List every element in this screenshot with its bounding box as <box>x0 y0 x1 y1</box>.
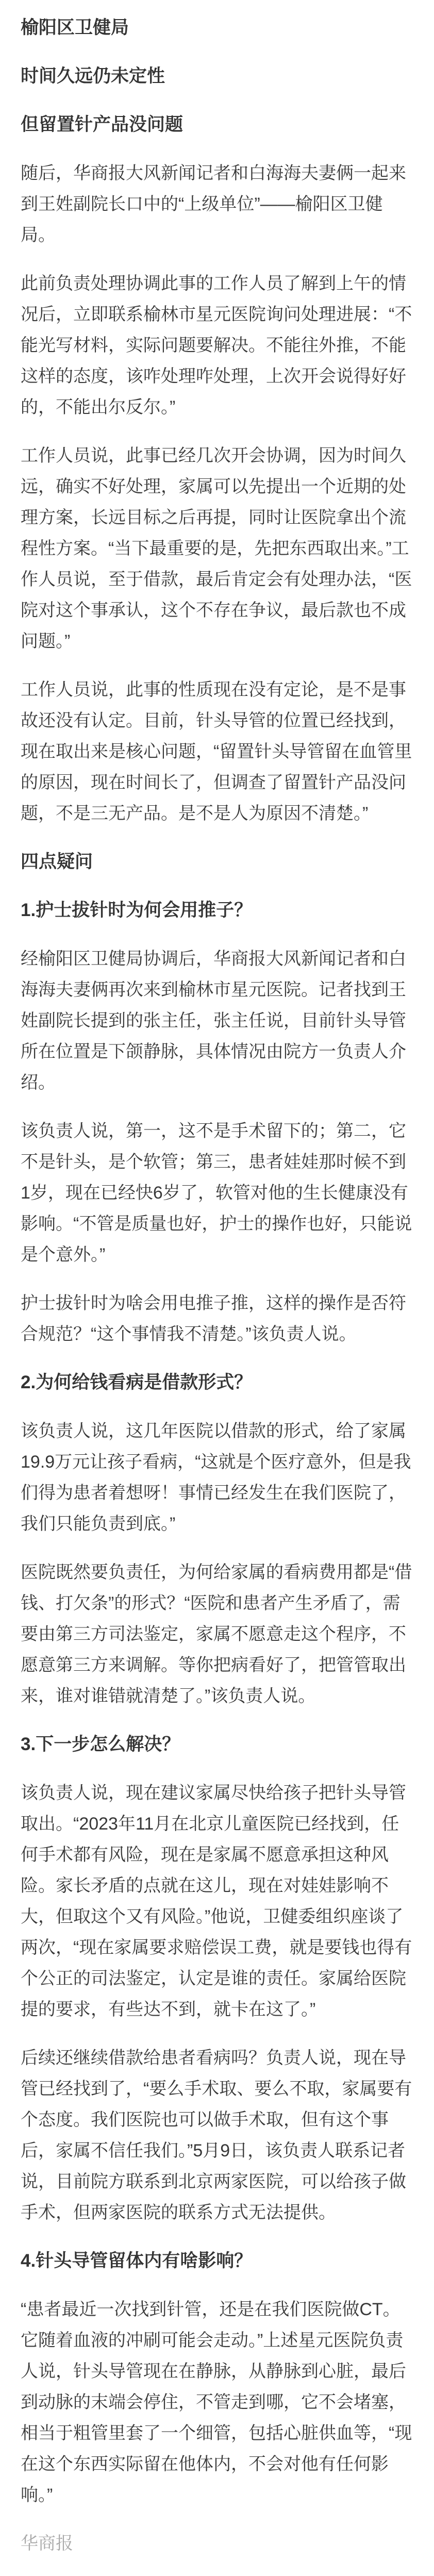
article-paragraph: 护士拔针时为啥会用电推子推，这样的操作是否符合规范？“这个事情我不清楚。”该负责… <box>21 1288 413 1350</box>
article-paragraph: 该负责人说，这几年医院以借款的形式，给了家属19.9万元让孩子看病，“这就是个医… <box>21 1416 413 1539</box>
section-heading: 1.护士拔针时为何会用推子？ <box>21 895 413 926</box>
section-heading: 但留置针产品没问题 <box>21 109 413 140</box>
article-body: 榆阳区卫健局时间久远仍未定性但留置针产品没问题随后，华商报大风新闻记者和白海海夫… <box>21 12 413 2559</box>
source-attribution: 华商报 <box>21 2528 413 2559</box>
article-paragraph: 工作人员说，此事已经几次开会协调，因为时间久远，确实不好处理，家属可以先提出一个… <box>21 440 413 657</box>
article-paragraph: 此前负责处理协调此事的工作人员了解到上午的情况后，立即联系榆林市星元医院询问处理… <box>21 268 413 423</box>
section-heading: 四点疑问 <box>21 846 413 877</box>
section-heading: 2.为何给钱看病是借款形式？ <box>21 1367 413 1398</box>
article-paragraph: 经榆阳区卫健局协调后，华商报大风新闻记者和白海海夫妻俩再次来到榆林市星元医院。记… <box>21 943 413 1098</box>
article-paragraph: 后续还继续借款给患者看病吗？负责人说，现在导管已经找到了，“要么手术取、要么不取… <box>21 2042 413 2228</box>
section-heading: 3.下一步怎么解决？ <box>21 1729 413 1760</box>
article-paragraph: 工作人员说，此事的性质现在没有定论，是不是事故还没有认定。目前，针头导管的位置已… <box>21 674 413 829</box>
article-paragraph: 该负责人说，第一，这不是手术留下的；第二，它不是针头，是个软管；第三，患者娃娃那… <box>21 1116 413 1270</box>
section-heading: 4.针头导管留体内有啥影响？ <box>21 2246 413 2276</box>
article-paragraph: 随后，华商报大风新闻记者和白海海夫妻俩一起来到王姓副院长口中的“上级单位”——榆… <box>21 158 413 251</box>
article-paragraph: 医院既然要负责任，为何给家属的看病费用都是“借钱、打欠条”的形式？“医院和患者产… <box>21 1557 413 1711</box>
article-paragraph: 该负责人说，现在建议家属尽快给孩子把针头导管取出。“2023年11月在北京儿童医… <box>21 1777 413 2025</box>
section-heading: 榆阳区卫健局 <box>21 12 413 43</box>
article-paragraph: “患者最近一次找到针管，还是在我们医院做CT。它随着血液的冲刷可能会走动。”上述… <box>21 2294 413 2511</box>
article-page: 榆阳区卫健局时间久远仍未定性但留置针产品没问题随后，华商报大风新闻记者和白海海夫… <box>0 0 434 2576</box>
article-blocks: 榆阳区卫健局时间久远仍未定性但留置针产品没问题随后，华商报大风新闻记者和白海海夫… <box>21 12 413 2559</box>
section-heading: 时间久远仍未定性 <box>21 61 413 92</box>
